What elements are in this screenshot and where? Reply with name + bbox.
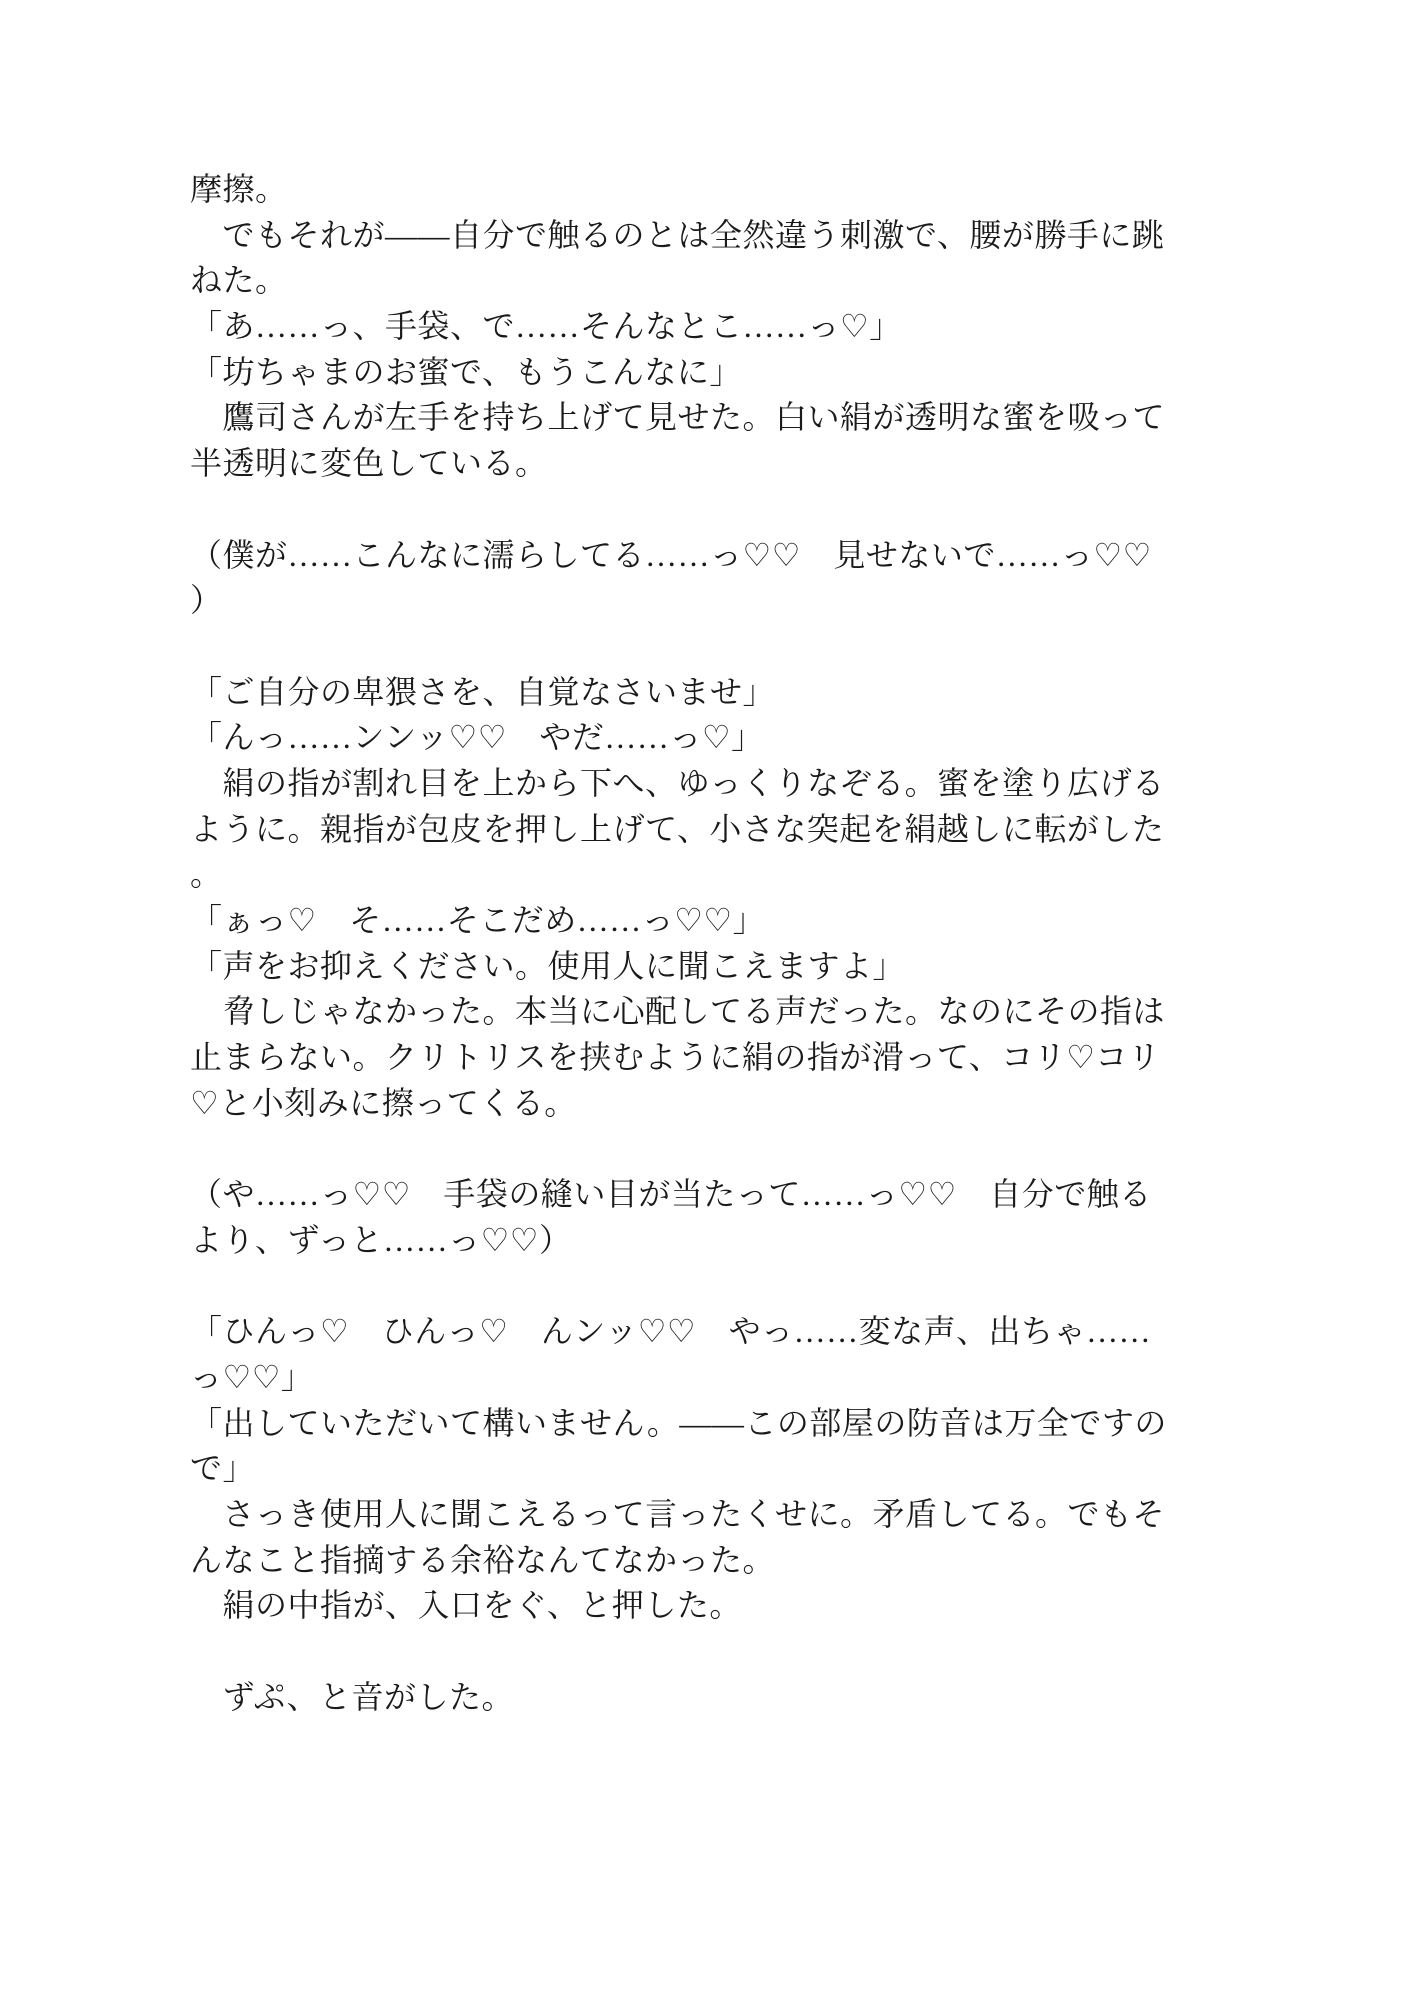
text-line: より、ずっと……っ♡♡） (190, 1218, 1230, 1264)
text-line: 「出していただいて構いません。——この部屋の防音は万全ですの (190, 1401, 1230, 1447)
text-line: 「ひんっ♡ ひんっ♡ んンッ♡♡ やっ……変な声、出ちゃ…… (190, 1309, 1230, 1355)
text-line (190, 487, 1230, 533)
text-block: 摩擦。 でもそれが——自分で触るのとは全然違う刺激で、腰が勝手に跳ねた。「あ……… (190, 167, 1230, 1720)
text-line: 「ぁっ♡ そ……そこだめ……っ♡♡」 (190, 898, 1230, 944)
text-line: 止まらない。クリトリスを挟むように絹の指が滑って、コリ♡コリ (190, 1035, 1230, 1081)
text-line: 鷹司さんが左手を持ち上げて見せた。白い絹が透明な蜜を吸って (190, 395, 1230, 441)
text-line (190, 1629, 1230, 1675)
text-line: 脅しじゃなかった。本当に心配してる声だった。なのにその指は (190, 989, 1230, 1035)
text-line (190, 1126, 1230, 1172)
text-line: 「声をお抑えください。使用人に聞こえますよ」 (190, 944, 1230, 990)
text-line: 「んっ……ンンッ♡♡ やだ……っ♡」 (190, 715, 1230, 761)
text-line: 絹の中指が、入口をぐ、と押した。 (190, 1583, 1230, 1629)
text-line: ） (190, 578, 1230, 624)
text-line: 「あ……っ、手袋、で……そんなとこ……っ♡」 (190, 304, 1230, 350)
text-line: っ♡♡」 (190, 1355, 1230, 1401)
text-line: 「坊ちゃまのお蜜で、もうこんなに」 (190, 350, 1230, 396)
text-line: 絹の指が割れ目を上から下へ、ゆっくりなぞる。蜜を塗り広げる (190, 761, 1230, 807)
text-line: で」 (190, 1446, 1230, 1492)
text-line: （僕が……こんなに濡らしてる……っ♡♡ 見せないで……っ♡♡ (190, 533, 1230, 579)
text-line: ように。親指が包皮を押し上げて、小さな突起を絹越しに転がした (190, 807, 1230, 853)
text-line: 半透明に変色している。 (190, 441, 1230, 487)
text-line: でもそれが——自分で触るのとは全然違う刺激で、腰が勝手に跳 (190, 213, 1230, 259)
text-line (190, 624, 1230, 670)
text-line: 。 (190, 852, 1230, 898)
text-line: 摩擦。 (190, 167, 1230, 213)
text-line: ずぷ、と音がした。 (190, 1675, 1230, 1721)
text-line: さっき使用人に聞こえるって言ったくせに。矛盾してる。でもそ (190, 1492, 1230, 1538)
text-line (190, 1264, 1230, 1310)
text-line: ♡と小刻みに擦ってくる。 (190, 1081, 1230, 1127)
document-page: 摩擦。 でもそれが——自分で触るのとは全然違う刺激で、腰が勝手に跳ねた。「あ……… (0, 0, 1415, 2000)
text-line: んなこと指摘する余裕なんてなかった。 (190, 1538, 1230, 1584)
text-line: 「ご自分の卑猥さを、自覚なさいませ」 (190, 670, 1230, 716)
text-line: （や……っ♡♡ 手袋の縫い目が当たって……っ♡♡ 自分で触る (190, 1172, 1230, 1218)
text-line: ねた。 (190, 258, 1230, 304)
